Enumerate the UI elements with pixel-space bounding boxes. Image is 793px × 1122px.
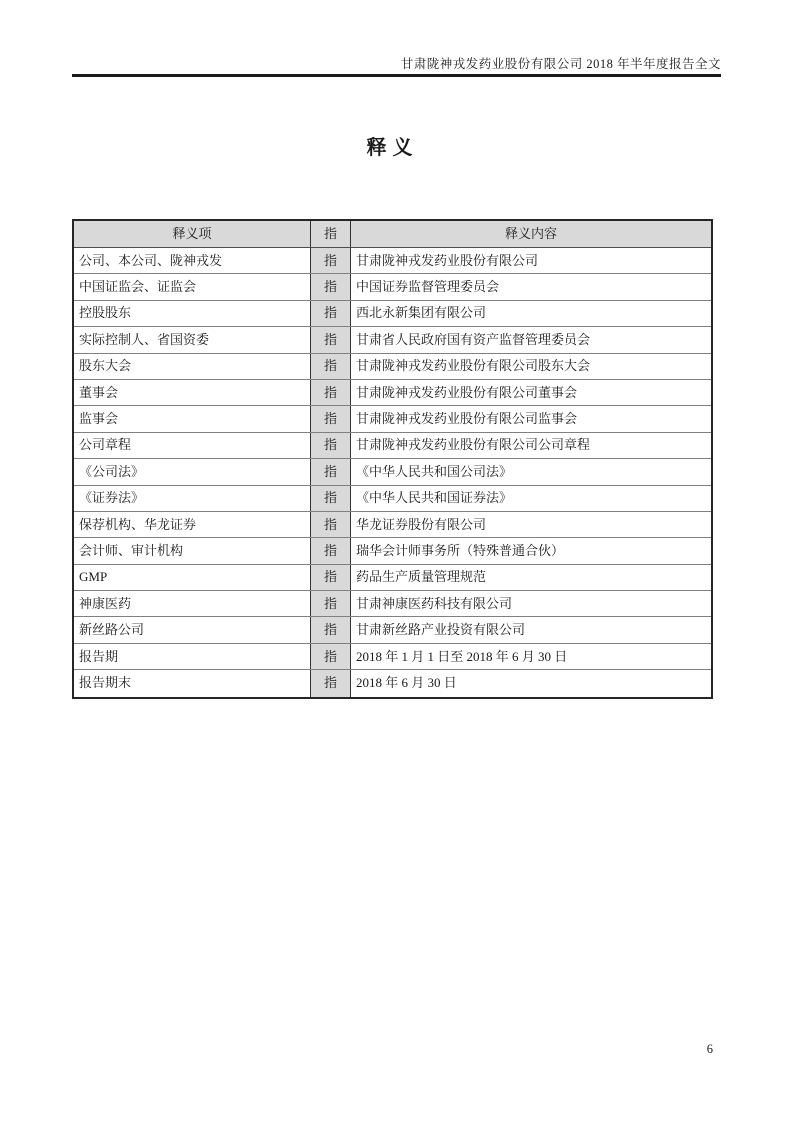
definition-cell: 甘肃陇神戎发药业股份有限公司 [351,248,711,273]
term-cell: 实际控制人、省国资委 [74,327,311,352]
term-cell: 公司章程 [74,433,311,458]
table-row: 实际控制人、省国资委指甘肃省人民政府国有资产监督管理委员会 [74,327,711,353]
connector-cell: 指 [311,433,351,458]
definition-cell: 甘肃神康医药科技有限公司 [351,591,711,616]
table-row: 股东大会指甘肃陇神戎发药业股份有限公司股东大会 [74,354,711,380]
term-cell: 公司、本公司、陇神戎发 [74,248,311,273]
definitions-table: 释义项 指 释义内容 公司、本公司、陇神戎发指甘肃陇神戎发药业股份有限公司中国证… [72,219,713,699]
connector-cell: 指 [311,670,351,696]
connector-cell: 指 [311,248,351,273]
term-cell: 《证券法》 [74,486,311,511]
definition-cell: 药品生产质量管理规范 [351,565,711,590]
term-cell: 报告期 [74,644,311,669]
definition-cell: 甘肃省人民政府国有资产监督管理委员会 [351,327,711,352]
connector-cell: 指 [311,301,351,326]
connector-cell: 指 [311,327,351,352]
term-cell: 《公司法》 [74,459,311,484]
definition-cell: 甘肃新丝路产业投资有限公司 [351,617,711,642]
connector-cell: 指 [311,538,351,563]
term-cell: 监事会 [74,406,311,431]
term-cell: 保荐机构、华龙证券 [74,512,311,537]
column-header-definition: 释义内容 [351,221,711,247]
definition-cell: 《中华人民共和国公司法》 [351,459,711,484]
page-number: 6 [707,1042,713,1057]
table-header-row: 释义项 指 释义内容 [74,221,711,248]
table-row: 控股股东指西北永新集团有限公司 [74,301,711,327]
table-body: 公司、本公司、陇神戎发指甘肃陇神戎发药业股份有限公司中国证监会、证监会指中国证券… [74,248,711,697]
definition-cell: 甘肃陇神戎发药业股份有限公司监事会 [351,406,711,431]
connector-cell: 指 [311,406,351,431]
connector-cell: 指 [311,512,351,537]
running-header: 甘肃陇神戎发药业股份有限公司 2018 年半年度报告全文 [72,57,721,72]
definition-cell: 西北永新集团有限公司 [351,301,711,326]
table-row: 中国证监会、证监会指中国证券监督管理委员会 [74,274,711,300]
table-row: 保荐机构、华龙证券指华龙证券股份有限公司 [74,512,711,538]
table-row: 公司章程指甘肃陇神戎发药业股份有限公司公司章程 [74,433,711,459]
connector-cell: 指 [311,459,351,484]
connector-cell: 指 [311,486,351,511]
connector-cell: 指 [311,354,351,379]
table-row: 公司、本公司、陇神戎发指甘肃陇神戎发药业股份有限公司 [74,248,711,274]
connector-cell: 指 [311,617,351,642]
term-cell: 股东大会 [74,354,311,379]
definition-cell: 瑞华会计师事务所（特殊普通合伙） [351,538,711,563]
page-title: 释义 [72,136,713,160]
term-cell: 新丝路公司 [74,617,311,642]
term-cell: 中国证监会、证监会 [74,274,311,299]
connector-cell: 指 [311,644,351,669]
table-row: 会计师、审计机构指瑞华会计师事务所（特殊普通合伙） [74,538,711,564]
term-cell: 会计师、审计机构 [74,538,311,563]
table-row: 《证券法》指《中华人民共和国证券法》 [74,486,711,512]
term-cell: 神康医药 [74,591,311,616]
term-cell: 控股股东 [74,301,311,326]
definition-cell: 甘肃陇神戎发药业股份有限公司公司章程 [351,433,711,458]
definition-cell: 2018 年 1 月 1 日至 2018 年 6 月 30 日 [351,644,711,669]
term-cell: 董事会 [74,380,311,405]
column-header-term: 释义项 [74,221,311,247]
definition-cell: 甘肃陇神戎发药业股份有限公司股东大会 [351,354,711,379]
connector-cell: 指 [311,591,351,616]
definition-cell: 2018 年 6 月 30 日 [351,670,711,696]
table-row: 新丝路公司指甘肃新丝路产业投资有限公司 [74,617,711,643]
header-rule [72,74,721,77]
connector-cell: 指 [311,380,351,405]
definition-cell: 华龙证券股份有限公司 [351,512,711,537]
table-row: 董事会指甘肃陇神戎发药业股份有限公司董事会 [74,380,711,406]
table-row: 报告期指2018 年 1 月 1 日至 2018 年 6 月 30 日 [74,644,711,670]
definition-cell: 中国证券监督管理委员会 [351,274,711,299]
definition-cell: 《中华人民共和国证券法》 [351,486,711,511]
term-cell: GMP [74,565,311,590]
column-header-connector: 指 [311,221,351,247]
document-page: 甘肃陇神戎发药业股份有限公司 2018 年半年度报告全文 释义 释义项 指 释义… [0,0,793,1122]
table-row: 报告期末指2018 年 6 月 30 日 [74,670,711,696]
term-cell: 报告期末 [74,670,311,696]
connector-cell: 指 [311,565,351,590]
table-row: GMP指药品生产质量管理规范 [74,565,711,591]
definition-cell: 甘肃陇神戎发药业股份有限公司董事会 [351,380,711,405]
table-row: 《公司法》指《中华人民共和国公司法》 [74,459,711,485]
connector-cell: 指 [311,274,351,299]
table-row: 神康医药指甘肃神康医药科技有限公司 [74,591,711,617]
table-row: 监事会指甘肃陇神戎发药业股份有限公司监事会 [74,406,711,432]
